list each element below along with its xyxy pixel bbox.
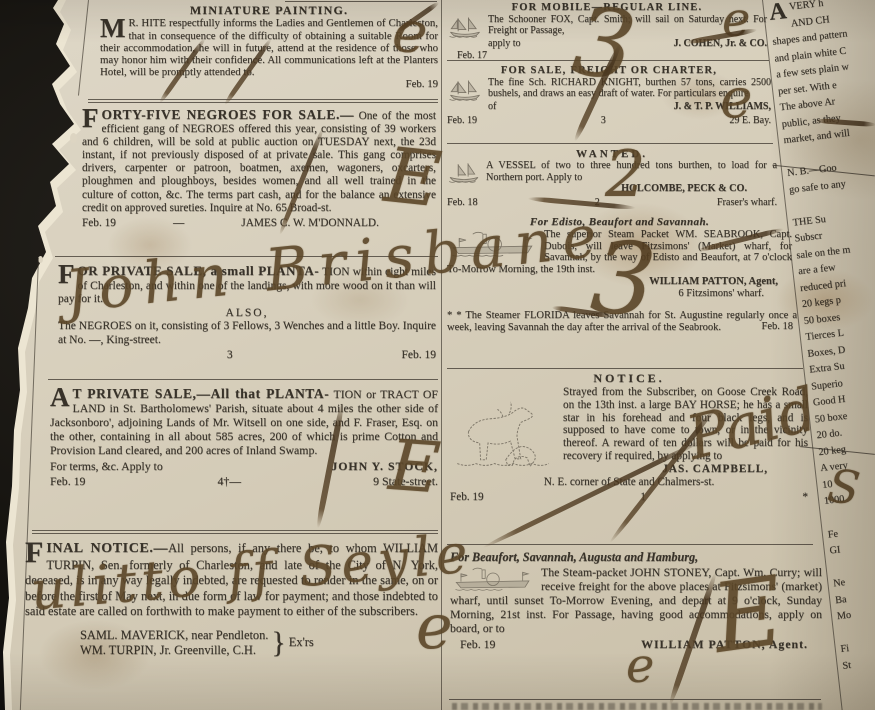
article-body: One of the most efficient gang of NEGROE… [82, 110, 436, 214]
lead-text: of [488, 101, 496, 112]
cut-off-text-line [452, 703, 822, 710]
ad-address: 6 Fitzsimons' wharf. [447, 288, 792, 300]
section-rule [32, 530, 438, 531]
drop-cap: A [50, 387, 70, 408]
article-body: R. HITE respectfully informs the Ladies … [100, 17, 438, 77]
article-miniature-painting: MINIATURE PAINTING. MR. HITE respectfull… [100, 4, 438, 90]
ad-date: Feb. 18 [447, 197, 478, 209]
ad-agent: J. & T. P. WILLIAMS, [674, 101, 771, 112]
article-negroes-sale: FORTY-FIVE NEGROES FOR SALE.— One of the… [82, 107, 436, 230]
article-heading: ORTY-FIVE NEGROES FOR SALE.— [102, 107, 355, 122]
insertion-count: 4†— [217, 475, 241, 489]
section-rule [447, 368, 803, 369]
ad-agent: WILLIAM PATTON, Agent. [641, 637, 808, 651]
article-heading: T PRIVATE SALE,—All that PLANTA- [73, 386, 330, 401]
drop-cap: M [100, 18, 125, 39]
section-rule [88, 99, 438, 100]
ad-heading: FOR MOBILE—REGULAR LINE. [447, 2, 767, 14]
schooner-icon [447, 161, 481, 184]
executors-label: Ex'rs [289, 635, 314, 651]
horse-icon [450, 387, 556, 471]
ad-charter: FOR SALE, FREIGHT OR CHARTER, The fine S… [447, 65, 771, 126]
article-heading: OR PRIVATE SALE, a small PLANTA- [78, 263, 320, 278]
article-agent: JOHN Y. STOCK, [331, 460, 438, 474]
newspaper-photo: MINIATURE PAINTING. MR. HITE respectfull… [0, 0, 875, 710]
column-divider [441, 0, 442, 710]
ad-address: Fraser's wharf. [717, 197, 777, 209]
article-private-sale: FOR PRIVATE SALE, a small PLANTA- TION w… [58, 263, 436, 363]
article-final-notice: FINAL NOTICE.—All persons, if any there … [25, 540, 438, 659]
ad-edisto-savannah: For Edisto, Beaufort and Savannah. The s… [447, 216, 792, 300]
ad-date: Feb. 19 [450, 491, 484, 504]
ad-body: Strayed from the Subscriber, on Goose Cr… [563, 386, 808, 462]
drop-cap: F [82, 108, 99, 129]
ad-agent: WILLIAM PATTON, Agent, [447, 276, 792, 288]
ad-body: A VESSEL of two to three hundred tons bu… [486, 160, 777, 183]
section-rule [447, 544, 813, 545]
steamboat-icon [447, 230, 539, 257]
ad-address: 29 E. Bay. [729, 115, 771, 126]
article-signature: JAMES C. W. M'DONNALD. [241, 217, 379, 230]
insertion-count: 3 [227, 349, 233, 363]
ad-body: The Schooner FOX, Capt. Smith; will sail… [488, 14, 767, 36]
section-rule [449, 699, 821, 700]
ad-heading: WANTED. [447, 148, 777, 160]
steamboat-icon [450, 566, 536, 591]
drop-cap: F [25, 541, 43, 565]
lead-text: For terms, &c. Apply to [50, 460, 163, 474]
executor-signature: WM. TURPIN, Jr. Greenville, C.H. [80, 643, 268, 659]
ad-stray-horse-notice: NOTICE. Strayed from the Subscriber, on … [450, 372, 808, 504]
article-address: 9 State-street. [373, 475, 438, 489]
article-date: Feb. 19 [82, 217, 116, 230]
drop-cap: F [58, 264, 75, 285]
article-date: Feb. 19 [100, 78, 438, 90]
ad-agent: HOLCOMBE, PECK & CO. [447, 183, 777, 195]
lead-text: apply to [488, 38, 521, 49]
ad-date: Feb. 19 [460, 637, 495, 651]
asterisk-mark: * [802, 491, 808, 504]
ad-heading: FOR SALE, FREIGHT OR CHARTER, [447, 65, 771, 77]
schooner-icon [447, 15, 483, 39]
dash: — [173, 217, 184, 230]
article-date: Feb. 19 [402, 349, 437, 363]
section-rule [88, 102, 438, 103]
drop-cap: A [768, 1, 787, 23]
article-body: The NEGROES on it, consisting of 3 Fello… [58, 320, 436, 346]
also-label: ALSO, [58, 307, 436, 321]
brace: } [271, 628, 285, 658]
ad-agent: J. COHEN, Jr. & CO. [673, 38, 767, 49]
ad-steamer-florida: * * The Steamer FLORIDA leaves Savannah … [447, 310, 797, 334]
ad-heading: For Edisto, Beaufort and Savannah. [447, 216, 792, 229]
section-rule [447, 143, 773, 144]
paper-speck [70, 133, 77, 143]
ad-date: Feb. 19 [447, 115, 477, 126]
insertion-count: 1 [640, 491, 646, 504]
section-rule [32, 533, 438, 534]
article-tract-sale: AT PRIVATE SALE,—All that PLANTA- TION o… [50, 386, 438, 489]
schooner-icon [447, 78, 483, 102]
article-heading: MINIATURE PAINTING. [100, 4, 438, 17]
executor-signature: SAML. MAVERICK, near Pendleton. [80, 628, 268, 644]
ad-wanted: WANTED. A VESSEL of two to three hundred… [447, 148, 777, 208]
ad-date: Feb. 17 [457, 50, 767, 61]
article-date: Feb. 19 [50, 475, 85, 489]
ad-heading: NOTICE. [450, 372, 808, 386]
insertion-count: 3 [601, 115, 606, 126]
ad-for-mobile: FOR MOBILE—REGULAR LINE. The Schooner FO… [447, 2, 767, 61]
section-rule [48, 379, 438, 380]
article-heading: INAL NOTICE.— [46, 541, 168, 556]
ad-beaufort-hamburg: For Beaufort, Savannah, Augusta and Hamb… [450, 550, 822, 652]
ad-address: N. E. corner of State and Chalmers-st. [450, 476, 808, 489]
section-rule [55, 256, 438, 257]
ad-body: The fine Sch. RICHARD KNIGHT, burthen 57… [488, 77, 771, 99]
insertion-count: 2 [595, 197, 600, 209]
ad-heading: For Beaufort, Savannah, Augusta and Hamb… [450, 550, 822, 565]
